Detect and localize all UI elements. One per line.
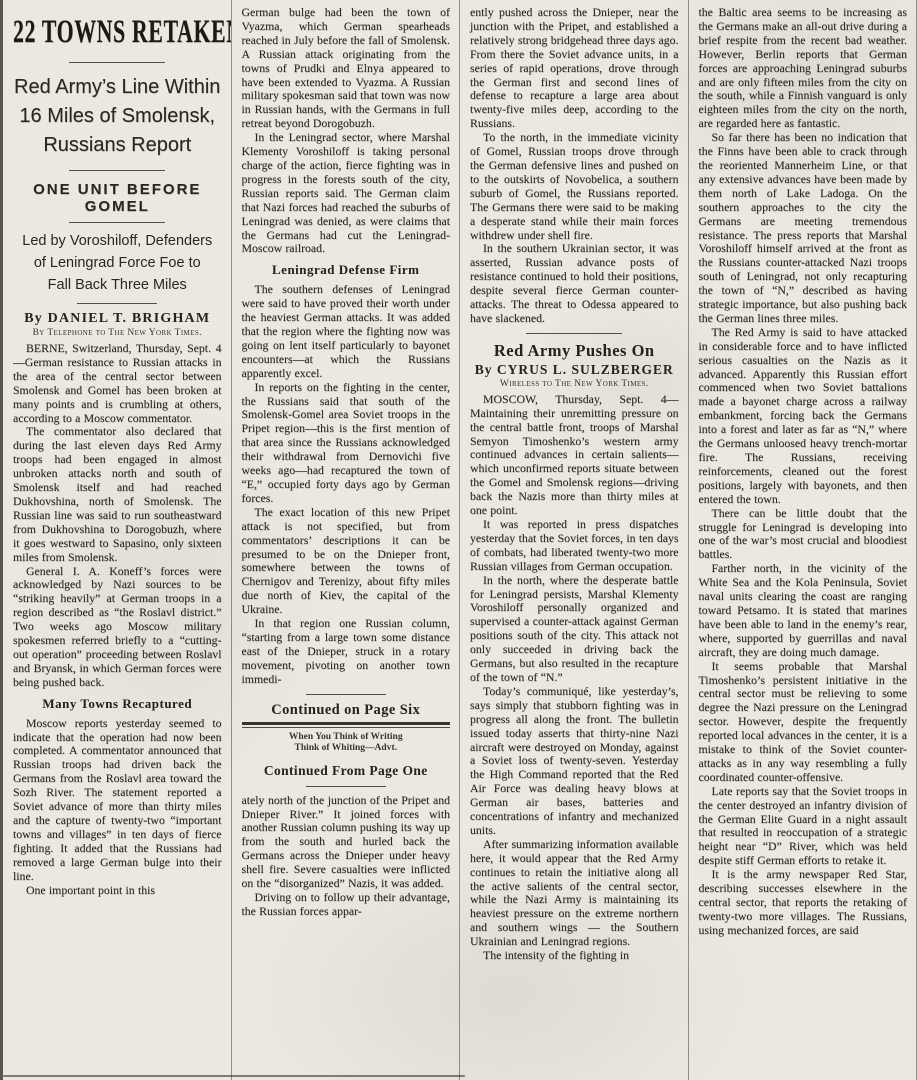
article-paragraph: It seems probable that Marshal Timoshenk… — [699, 660, 908, 785]
article-paragraph: In the southern Ukrainian sector, it was… — [470, 242, 679, 325]
byline-brigham: By DANIEL T. BRIGHAM — [13, 311, 222, 327]
article-paragraph: The southern defenses of Leningrad were … — [242, 283, 451, 380]
article-paragraph: Today’s communiqué, like yesterday’s, sa… — [470, 685, 679, 838]
deck-line: Red Army’s Line Within — [13, 73, 222, 102]
deck-rule — [69, 170, 165, 171]
continued-from-notice: Continued From Page One — [242, 763, 451, 779]
deck-line: 16 Miles of Smolensk, — [13, 102, 222, 131]
article-paragraph: The intensity of the fighting in — [470, 949, 679, 963]
column-2: German bulge had been the town of Vyazma… — [232, 0, 461, 1080]
article-paragraph: In that region one Russian column, “star… — [242, 617, 451, 687]
byline-sulzberger: By CYRUS L. SULZBERGER — [470, 362, 679, 378]
article-paragraph: To the north, in the immediate vicinity … — [470, 131, 679, 242]
article-paragraph: Late reports say that the Soviet troops … — [699, 785, 908, 868]
byline-credit: By Telephone to The New York Times. — [13, 328, 222, 338]
article-paragraph: ately north of the junction of the Pripe… — [242, 794, 451, 891]
article-paragraph: BERNE, Switzerland, Thursday, Sept. 4—Ge… — [13, 342, 222, 425]
main-headline: 22 TOWNS RETAKEN — [13, 12, 151, 52]
article-paragraph: In the north, where the desperate battle… — [470, 574, 679, 685]
continued-from-rule — [306, 786, 386, 787]
article-paragraph: It was reported in press dispatches yest… — [470, 518, 679, 574]
ad-line: When You Think of Writing — [242, 732, 451, 743]
scan-edge-smudge — [3, 1075, 465, 1078]
article-paragraph: Farther north, in the vicinity of the Wh… — [699, 562, 908, 659]
column-1: 22 TOWNS RETAKEN Red Army’s Line Within … — [3, 0, 232, 1080]
article-paragraph: It is the army newspaper Red Star, descr… — [699, 868, 908, 938]
secondary-deck: Led by Voroshiloff, Defenders of Leningr… — [13, 230, 222, 296]
article-paragraph: After summarizing information available … — [470, 838, 679, 949]
headline-rule — [69, 62, 165, 63]
continued-on-notice: Continued on Page Six — [242, 702, 451, 719]
article-paragraph: MOSCOW, Thursday, Sept. 4—Maintaining th… — [470, 393, 679, 518]
deck-headline: Red Army’s Line Within 16 Miles of Smole… — [13, 73, 222, 160]
article-paragraph: The exact location of this new Pripet at… — [242, 506, 451, 617]
article-paragraph: In reports on the fighting in the center… — [242, 381, 451, 506]
article-paragraph: In the Leningrad sector, where Marshal K… — [242, 131, 451, 256]
column-3: ently pushed across the Dnieper, near th… — [460, 0, 689, 1080]
story-divider-rule — [526, 333, 622, 334]
double-rule — [242, 722, 451, 728]
second-story-headline: Red Army Pushes On — [470, 341, 679, 361]
article-paragraph: ently pushed across the Dnieper, near th… — [470, 6, 679, 131]
section-subhead: Many Towns Recaptured — [13, 696, 222, 712]
article-paragraph: The commentator also declared that durin… — [13, 425, 222, 564]
article-paragraph: the Baltic area seems to be increasing a… — [699, 6, 908, 131]
article-paragraph: General I. A. Koneff’s forces were ackno… — [13, 565, 222, 690]
article-paragraph: German bulge had been the town of Vyazma… — [242, 6, 451, 131]
continuation-rule — [306, 694, 386, 695]
secondary-deck-line: of Leningrad Force Foe to — [13, 252, 222, 274]
article-paragraph: So far there has been no indication that… — [699, 131, 908, 326]
ad-line: Think of Whiting—Advt. — [242, 743, 451, 754]
secondary-deck-line: Fall Back Three Miles — [13, 274, 222, 296]
article-paragraph: Moscow reports yesterday seemed to indic… — [13, 717, 222, 884]
article-paragraph: The Red Army is said to have attacked in… — [699, 326, 908, 507]
deck-line: Russians Report — [13, 131, 222, 160]
newspaper-page: 22 TOWNS RETAKEN Red Army’s Line Within … — [0, 0, 917, 1080]
kicker-gomel: ONE UNIT BEFORE GOMEL — [13, 181, 222, 215]
column-4: the Baltic area seems to be increasing a… — [689, 0, 917, 1080]
kicker-rule — [69, 222, 165, 223]
secondary-deck-line: Led by Voroshiloff, Defenders — [13, 230, 222, 252]
article-paragraph: Driving on to follow up their advantage,… — [242, 891, 451, 919]
section-subhead: Leningrad Defense Firm — [242, 262, 451, 278]
article-paragraph: There can be little doubt that the strug… — [699, 507, 908, 563]
bank-rule — [77, 303, 157, 304]
byline-credit: Wireless to The New York Times. — [470, 379, 679, 389]
article-paragraph: One important point in this — [13, 884, 222, 898]
